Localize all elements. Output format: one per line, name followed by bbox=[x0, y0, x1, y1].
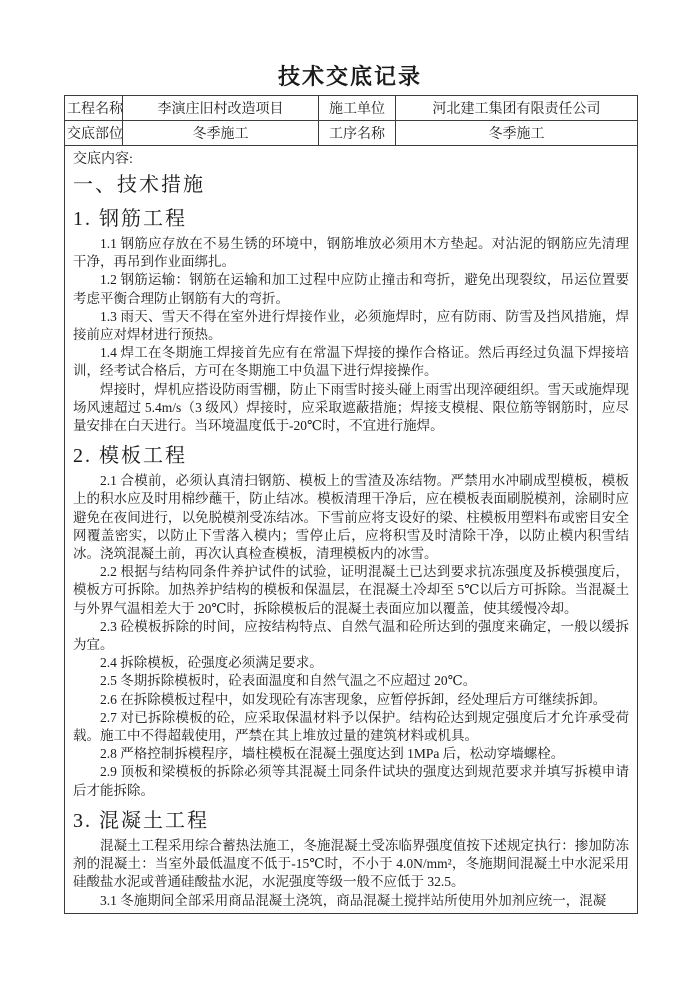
disclosure-content: 交底内容: 一、技术措施 1. 钢筋工程 1.1 钢筋应存放在不易生锈的环境中，… bbox=[65, 146, 637, 913]
table-row-project: 工程名称 李演庄旧村改造项目 施工单位 河北建工集团有限责任公司 bbox=[65, 96, 638, 121]
heading-rebar-works: 1. 钢筋工程 bbox=[73, 206, 629, 232]
content-label: 交底内容: bbox=[73, 150, 629, 169]
page-title: 技术交底记录 bbox=[0, 62, 700, 92]
disclosure-part-label: 交底部位 bbox=[65, 121, 123, 146]
heading-formwork-works: 2. 模板工程 bbox=[73, 443, 629, 469]
paragraph-2-7: 2.7 对已拆除模板的砼，应采取保温材料予以保护。结构砼达到规定强度后才允许承受… bbox=[73, 709, 629, 745]
paragraph-2-5: 2.5 冬期拆除模板时，砼表面温度和自然气温之不应超过 20℃。 bbox=[73, 672, 629, 690]
paragraph-2-9: 2.9 顶板和梁模板的拆除必须等其混凝土同条件试块的强度达到规范要求并填写拆模申… bbox=[73, 763, 629, 799]
paragraph-1-1: 1.1 钢筋应存放在不易生锈的环境中，钢筋堆放必须用木方垫起。对沾泥的钢筋应先清… bbox=[73, 235, 629, 271]
process-name-value: 冬季施工 bbox=[396, 121, 638, 146]
paragraph-2-4: 2.4 拆除模板，砼强度必须满足要求。 bbox=[73, 654, 629, 672]
project-name-value: 李演庄旧村改造项目 bbox=[123, 96, 319, 121]
heading-concrete-works: 3. 混凝土工程 bbox=[73, 808, 629, 834]
paragraph-2-1: 2.1 合模前，必须认真清扫钢筋、模板上的雪渣及冻结物。严禁用水冲刷成型模板，模… bbox=[73, 472, 629, 563]
heading-technical-measures: 一、技术措施 bbox=[73, 172, 629, 198]
paragraph-3-intro: 混凝土工程采用综合蓄热法施工，冬施混凝土受冻临界强度值按下述规定执行：掺加防冻剂… bbox=[73, 837, 629, 892]
process-name-label: 工序名称 bbox=[319, 121, 396, 146]
paragraph-2-6: 2.6 在拆除模板过程中，如发现砼有冻害现象，应暂停拆卸，经处理后方可继续拆卸。 bbox=[73, 691, 629, 709]
paragraph-1-4: 1.4 焊工在冬期施工焊接首先应有在常温下焊接的操作合格证。然后再经过负温下焊接… bbox=[73, 344, 629, 380]
paragraph-1-3: 1.3 雨天、雪天不得在室外进行焊接作业，必须施焊时，应有防雨、防雪及挡风措施，… bbox=[73, 308, 629, 344]
construction-unit-label: 施工单位 bbox=[319, 96, 396, 121]
construction-unit-value: 河北建工集团有限责任公司 bbox=[396, 96, 638, 121]
paragraph-2-2: 2.2 根据与结构同条件养护试件的试验，证明混凝土已达到要求抗冻强度及拆模强度后… bbox=[73, 563, 629, 618]
paragraph-1-2: 1.2 钢筋运输：钢筋在运输和加工过程中应防止撞击和弯折，避免出现裂纹，吊运位置… bbox=[73, 271, 629, 307]
paragraph-2-8: 2.8 严格控制拆模程序，墙柱模板在混凝土强度达到 1MPa 后，松动穿墙螺栓。 bbox=[73, 745, 629, 763]
disclosure-content-cell: 交底内容: 一、技术措施 1. 钢筋工程 1.1 钢筋应存放在不易生锈的环境中，… bbox=[65, 146, 638, 914]
disclosure-table: 工程名称 李演庄旧村改造项目 施工单位 河北建工集团有限责任公司 交底部位 冬季… bbox=[64, 95, 638, 914]
document-page: 技术交底记录 工程名称 李演庄旧村改造项目 施工单位 河北建工集团有限责任公司 … bbox=[0, 0, 700, 990]
table-row-content: 交底内容: 一、技术措施 1. 钢筋工程 1.1 钢筋应存放在不易生锈的环境中，… bbox=[65, 146, 638, 914]
paragraph-1-welding-note: 焊接时，焊机应搭设防雨雪棚，防止下雨雪时接头碰上雨雪出现淬硬组织。雪天或施焊现场… bbox=[73, 381, 629, 436]
paragraph-2-3: 2.3 砼模板拆除的时间，应按结构特点、自然气温和砼所达到的强度来确定，一般以缓… bbox=[73, 618, 629, 654]
project-name-label: 工程名称 bbox=[65, 96, 123, 121]
disclosure-part-value: 冬季施工 bbox=[123, 121, 319, 146]
table-row-position: 交底部位 冬季施工 工序名称 冬季施工 bbox=[65, 121, 638, 146]
paragraph-3-1: 3.1 冬施期间全部采用商品混凝土浇筑，商品混凝土搅拌站所使用外加剂应统一，混凝 bbox=[73, 892, 629, 910]
